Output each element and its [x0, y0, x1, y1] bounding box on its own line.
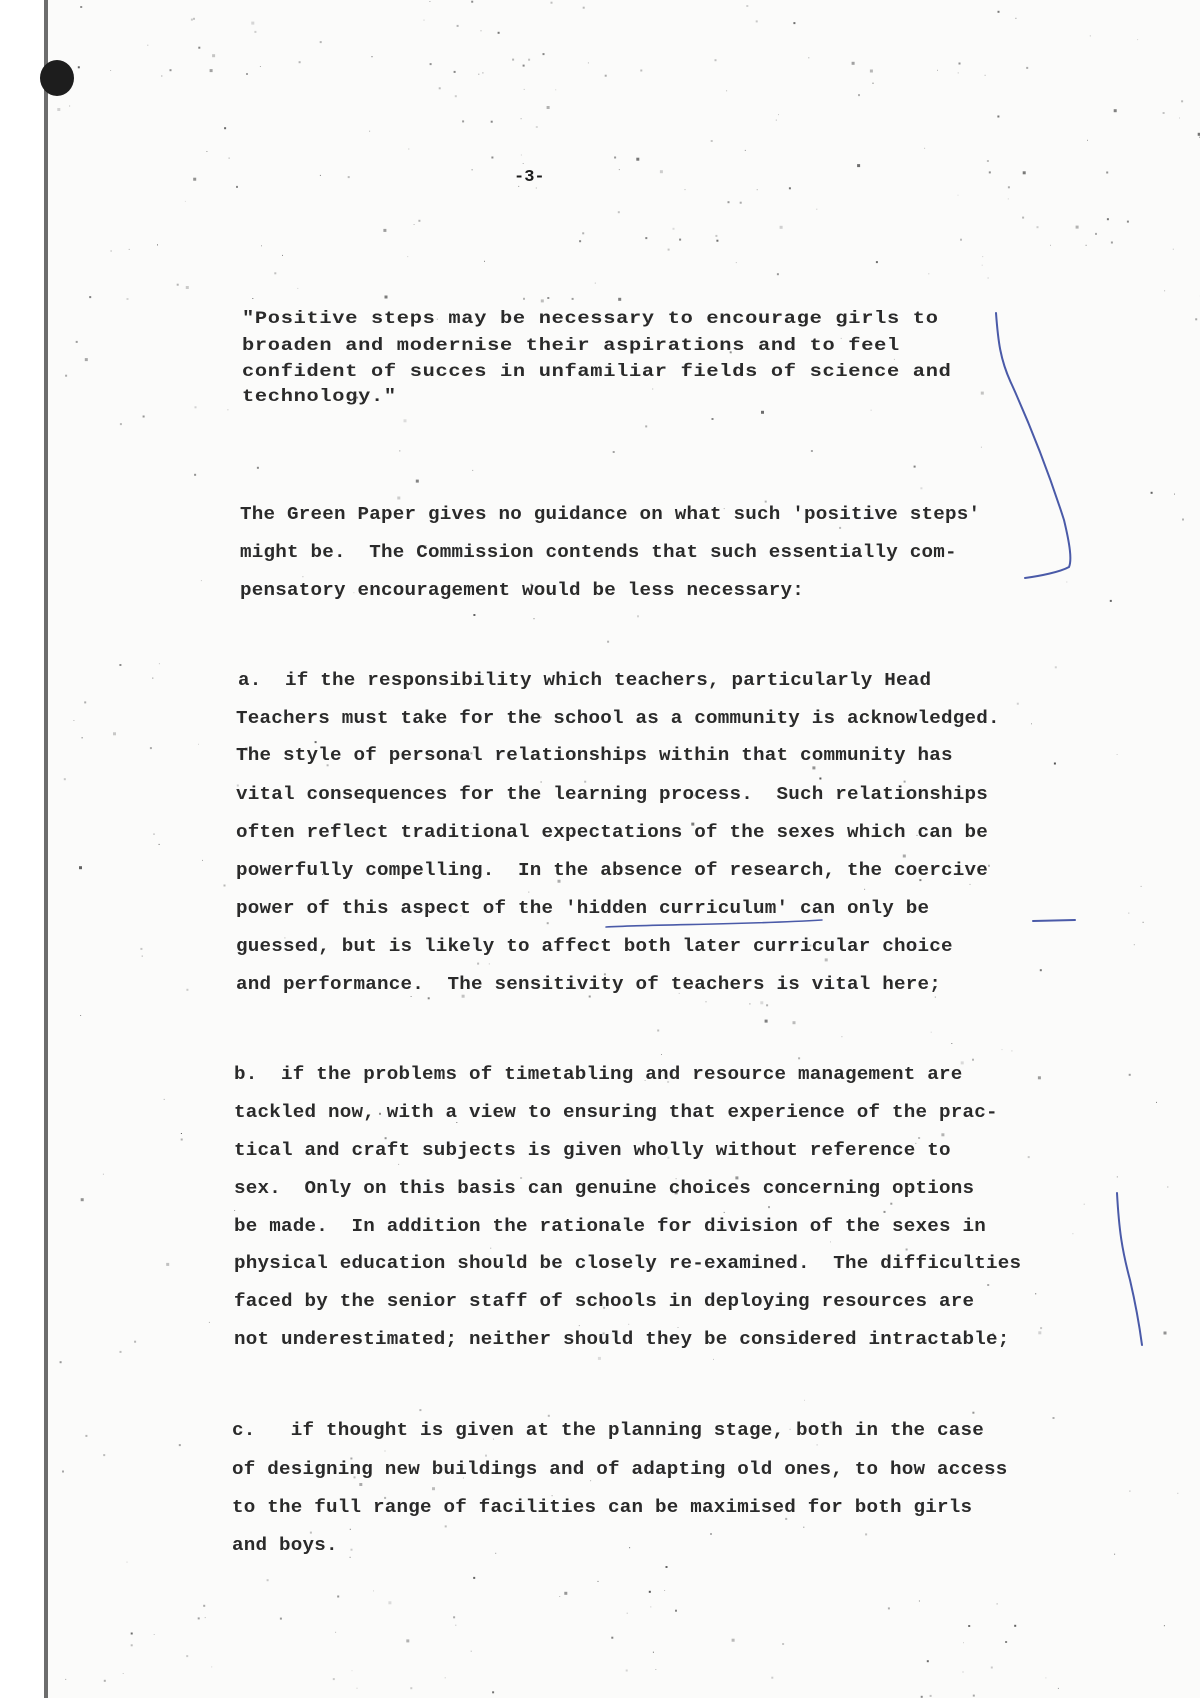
underline-mark [606, 920, 822, 927]
paragraph-line: and performance. The sensitivity of teac… [236, 976, 941, 994]
paragraph-line: physical education should be closely re-… [234, 1255, 1021, 1273]
quote-line: confident of succes in unfamiliar fields… [242, 364, 952, 382]
punch-hole [40, 60, 74, 96]
paragraph-line: be made. In addition the rationale for d… [234, 1218, 986, 1236]
paragraph-line: tical and craft subjects is given wholly… [234, 1142, 951, 1160]
paragraph-line: and boys. [232, 1537, 338, 1555]
paragraph-line: might be. The Commission contends that s… [240, 544, 957, 562]
paragraph-line: not underestimated; neither should they … [234, 1331, 1010, 1349]
paragraph-line: b. if the problems of timetabling and re… [234, 1066, 962, 1084]
paragraph-line: often reflect traditional expectations o… [236, 824, 988, 842]
paragraph-line: The Green Paper gives no guidance on wha… [240, 506, 980, 524]
pen-annotations [0, 0, 1200, 1698]
page-number: -3- [514, 168, 545, 187]
paragraph-line: The style of personal relationships with… [236, 747, 953, 765]
margin-vertical-mark [1117, 1193, 1142, 1345]
binding-edge-line [44, 0, 48, 1698]
paragraph-line: faced by the senior staff of schools in … [234, 1293, 974, 1311]
quote-line: broaden and modernise their aspirations … [242, 338, 900, 356]
margin-dash-mark [1033, 920, 1075, 921]
paragraph-line: of designing new buildings and of adapti… [232, 1461, 1008, 1479]
paragraph-line: tackled now, with a view to ensuring tha… [234, 1104, 998, 1122]
scan-left-margin [0, 0, 44, 1698]
scan-noise-speckles [0, 0, 1200, 1698]
quote-line: "Positive steps may be necessary to enco… [242, 311, 939, 329]
paragraph-line: vital consequences for the learning proc… [236, 786, 988, 804]
paragraph-line: to the full range of facilities can be m… [232, 1499, 972, 1517]
paragraph-line: a. if the responsibility which teachers,… [238, 672, 931, 690]
paragraph-line: c. if thought is given at the planning s… [232, 1422, 984, 1440]
document-page: -3- "Positive steps may be necessary to … [0, 0, 1200, 1698]
paragraph-line: guessed, but is likely to affect both la… [236, 938, 953, 956]
margin-bracket-mark [996, 313, 1070, 578]
quote-line: technology." [242, 389, 397, 407]
paragraph-line: Teachers must take for the school as a c… [236, 710, 1000, 728]
paragraph-line: pensatory encouragement would be less ne… [240, 582, 804, 600]
paragraph-line: sex. Only on this basis can genuine choi… [234, 1180, 974, 1198]
paragraph-line: powerfully compelling. In the absence of… [236, 862, 988, 880]
paragraph-line: power of this aspect of the 'hidden curr… [236, 900, 929, 918]
